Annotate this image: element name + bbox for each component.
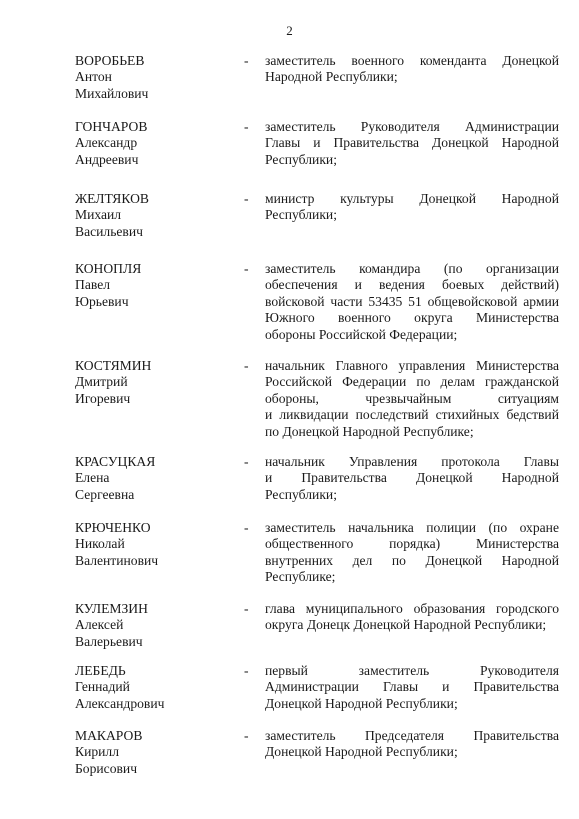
description-line: Республики; <box>265 487 559 503</box>
person-surname: КРЮЧЕНКО <box>75 520 235 536</box>
person-name: КОНОПЛЯПавелЮрьевич <box>75 261 235 310</box>
person-surname: КУЛЕМЗИН <box>75 601 235 617</box>
position-description: первый заместитель РуководителяАдминистр… <box>265 663 559 712</box>
description-line: Российской Федерации по делам гражданско… <box>265 374 559 390</box>
separator-dash: - <box>244 191 249 207</box>
person-name: ГОНЧАРОВАлександрАндреевич <box>75 119 235 168</box>
position-description: начальник Управления протокола Главыи Пр… <box>265 454 559 503</box>
description-line: округа Донецк Донецкой Народной Республи… <box>265 617 559 633</box>
description-line: начальник Управления протокола Главы <box>265 454 559 470</box>
page-number: 2 <box>0 23 579 39</box>
position-description: заместитель командира (по организацииобе… <box>265 261 559 343</box>
separator-dash: - <box>244 520 249 536</box>
person-name: КРАСУЦКАЯЕленаСергеевна <box>75 454 235 503</box>
person-name: ЖЕЛТЯКОВМихаилВасильевич <box>75 191 235 240</box>
description-line: Республике; <box>265 569 559 585</box>
description-line: заместитель Руководителя Администрации <box>265 119 559 135</box>
person-first-name: Павел <box>75 277 235 293</box>
separator-dash: - <box>244 601 249 617</box>
description-line: и ликвидации последствий стихийных бедст… <box>265 407 559 423</box>
person-name: МАКАРОВКириллБорисович <box>75 728 235 777</box>
position-description: заместитель Председателя ПравительстваДо… <box>265 728 559 761</box>
person-name: ЛЕБЕДЬГеннадийАлександрович <box>75 663 235 712</box>
person-first-name: Геннадий <box>75 679 235 695</box>
person-patronymic: Андреевич <box>75 152 235 168</box>
description-line: Южного военного округа Министерства <box>265 310 559 326</box>
person-patronymic: Юрьевич <box>75 294 235 310</box>
description-line: Администрации Главы и Правительства <box>265 679 559 695</box>
person-patronymic: Александрович <box>75 696 235 712</box>
description-line: Республики; <box>265 207 559 223</box>
description-line: начальник Главного управления Министерст… <box>265 358 559 374</box>
separator-dash: - <box>244 358 249 374</box>
person-surname: КОНОПЛЯ <box>75 261 235 277</box>
description-line: Донецкой Народной Республики; <box>265 696 559 712</box>
description-line: Народной Республики; <box>265 69 559 85</box>
description-line: заместитель начальника полиции (по охран… <box>265 520 559 536</box>
position-description: министр культуры Донецкой НароднойРеспуб… <box>265 191 559 224</box>
separator-dash: - <box>244 663 249 679</box>
description-line: обеспечения и ведения боевых действий) <box>265 277 559 293</box>
person-name: КОСТЯМИНДмитрийИгоревич <box>75 358 235 407</box>
position-description: начальник Главного управления Министерст… <box>265 358 559 440</box>
person-first-name: Кирилл <box>75 744 235 760</box>
person-patronymic: Валентинович <box>75 553 235 569</box>
person-patronymic: Валерьевич <box>75 634 235 650</box>
description-line: заместитель военного коменданта Донецкой <box>265 53 559 69</box>
description-line: общественного порядка) Министерства <box>265 536 559 552</box>
person-first-name: Александр <box>75 135 235 151</box>
person-name: ВОРОБЬЕВАнтонМихайлович <box>75 53 235 102</box>
separator-dash: - <box>244 728 249 744</box>
position-description: заместитель военного коменданта Донецкой… <box>265 53 559 86</box>
person-patronymic: Васильевич <box>75 224 235 240</box>
description-line: по Донецкой Народной Республике; <box>265 424 559 440</box>
separator-dash: - <box>244 261 249 277</box>
person-patronymic: Михайлович <box>75 86 235 102</box>
position-description: заместитель Руководителя АдминистрацииГл… <box>265 119 559 168</box>
person-patronymic: Игоревич <box>75 391 235 407</box>
person-patronymic: Сергеевна <box>75 487 235 503</box>
separator-dash: - <box>244 454 249 470</box>
person-surname: ЖЕЛТЯКОВ <box>75 191 235 207</box>
description-line: глава муниципального образования городск… <box>265 601 559 617</box>
person-surname: МАКАРОВ <box>75 728 235 744</box>
separator-dash: - <box>244 119 249 135</box>
description-line: Главы и Правительства Донецкой Народной <box>265 135 559 151</box>
person-first-name: Антон <box>75 69 235 85</box>
description-line: и Правительства Донецкой Народной <box>265 470 559 486</box>
description-line: внутренних дел по Донецкой Народной <box>265 553 559 569</box>
person-first-name: Николай <box>75 536 235 552</box>
position-description: заместитель начальника полиции (по охран… <box>265 520 559 586</box>
description-line: обороны Российской Федерации; <box>265 327 559 343</box>
separator-dash: - <box>244 53 249 69</box>
description-line: Донецкой Народной Республики; <box>265 744 559 760</box>
person-first-name: Михаил <box>75 207 235 223</box>
description-line: министр культуры Донецкой Народной <box>265 191 559 207</box>
person-surname: ГОНЧАРОВ <box>75 119 235 135</box>
description-line: обороны, чрезвычайным ситуациям <box>265 391 559 407</box>
person-first-name: Дмитрий <box>75 374 235 390</box>
description-line: Республики; <box>265 152 559 168</box>
description-line: войсковой части 53435 51 общевойсковой а… <box>265 294 559 310</box>
description-line: заместитель командира (по организации <box>265 261 559 277</box>
position-description: глава муниципального образования городск… <box>265 601 559 634</box>
person-first-name: Елена <box>75 470 235 486</box>
description-line: первый заместитель Руководителя <box>265 663 559 679</box>
person-name: КУЛЕМЗИНАлексейВалерьевич <box>75 601 235 650</box>
person-surname: КОСТЯМИН <box>75 358 235 374</box>
person-surname: ЛЕБЕДЬ <box>75 663 235 679</box>
person-surname: КРАСУЦКАЯ <box>75 454 235 470</box>
person-patronymic: Борисович <box>75 761 235 777</box>
description-line: заместитель Председателя Правительства <box>265 728 559 744</box>
person-name: КРЮЧЕНКОНиколайВалентинович <box>75 520 235 569</box>
person-surname: ВОРОБЬЕВ <box>75 53 235 69</box>
person-first-name: Алексей <box>75 617 235 633</box>
